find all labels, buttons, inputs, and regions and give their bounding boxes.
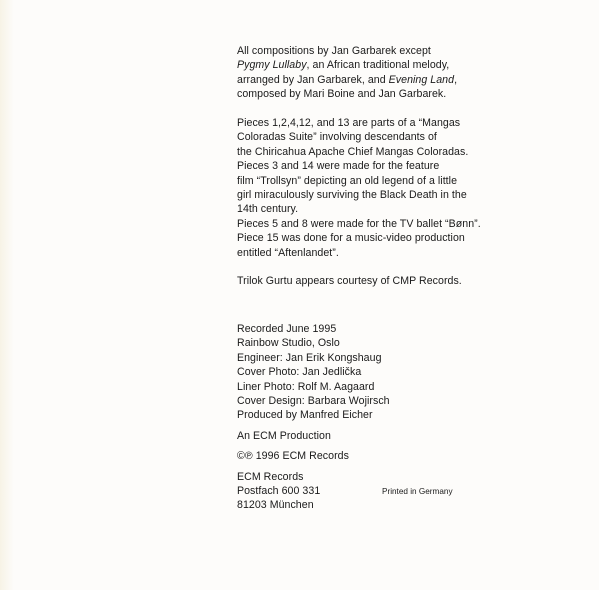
address-line: 81203 München — [237, 498, 507, 512]
compositions-line-2: Pygmy Lullaby, an African traditional me… — [237, 58, 507, 72]
compositions-line-3: arranged by Jan Garbarek, and Evening La… — [237, 73, 507, 87]
recording-detail: Cover Design: Barbara Wojirsch — [237, 394, 507, 408]
pieces-note-line: film “Trollsyn” depicting an old legend … — [237, 174, 507, 188]
pieces-note-line: the Chiricahua Apache Chief Mangas Color… — [237, 145, 507, 159]
title-evening-land: Evening Land — [389, 74, 454, 86]
compositions-line-4: composed by Mari Boine and Jan Garbarek. — [237, 87, 507, 101]
recording-detail: Recorded June 1995 — [237, 322, 507, 336]
copyright-notice: ©℗ 1996 ECM Records — [237, 449, 507, 463]
pieces-note-line: Pieces 1,2,4,12, and 13 are parts of a “… — [237, 116, 507, 130]
recording-detail: Cover Photo: Jan Jedlička — [237, 365, 507, 379]
recording-credits: Recorded June 1995 Rainbow Studio, Oslo … — [237, 322, 507, 513]
printed-in-label: Printed in Germany — [382, 487, 453, 497]
composition-credits: All compositions by Jan Garbarek except … — [237, 44, 507, 289]
pieces-note-line: entitled “Aftenlandet”. — [237, 246, 507, 260]
recording-detail: Rainbow Studio, Oslo — [237, 336, 507, 350]
courtesy-note: Trilok Gurtu appears courtesy of CMP Rec… — [237, 274, 507, 288]
pieces-note-line: Piece 15 was done for a music-video prod… — [237, 231, 507, 245]
title-pygmy-lullaby: Pygmy Lullaby — [237, 59, 307, 71]
pieces-note-line: Pieces 5 and 8 were made for the TV ball… — [237, 217, 507, 231]
pieces-note-line: Coloradas Suite” involving descendants o… — [237, 130, 507, 144]
recording-detail: Produced by Manfred Eicher — [237, 408, 507, 422]
pieces-note-line: Pieces 3 and 14 were made for the featur… — [237, 159, 507, 173]
scan-page-edge — [0, 0, 14, 590]
production-label: An ECM Production — [237, 429, 507, 443]
pieces-note-line: 14th century. — [237, 202, 507, 216]
compositions-line-1: All compositions by Jan Garbarek except — [237, 44, 507, 58]
address-line: Postfach 600 331 — [237, 484, 507, 498]
recording-detail: Liner Photo: Rolf M. Aagaard — [237, 380, 507, 394]
address-line: ECM Records — [237, 470, 507, 484]
recording-detail: Engineer: Jan Erik Kongshaug — [237, 351, 507, 365]
pieces-note-line: girl miraculously surviving the Black De… — [237, 188, 507, 202]
